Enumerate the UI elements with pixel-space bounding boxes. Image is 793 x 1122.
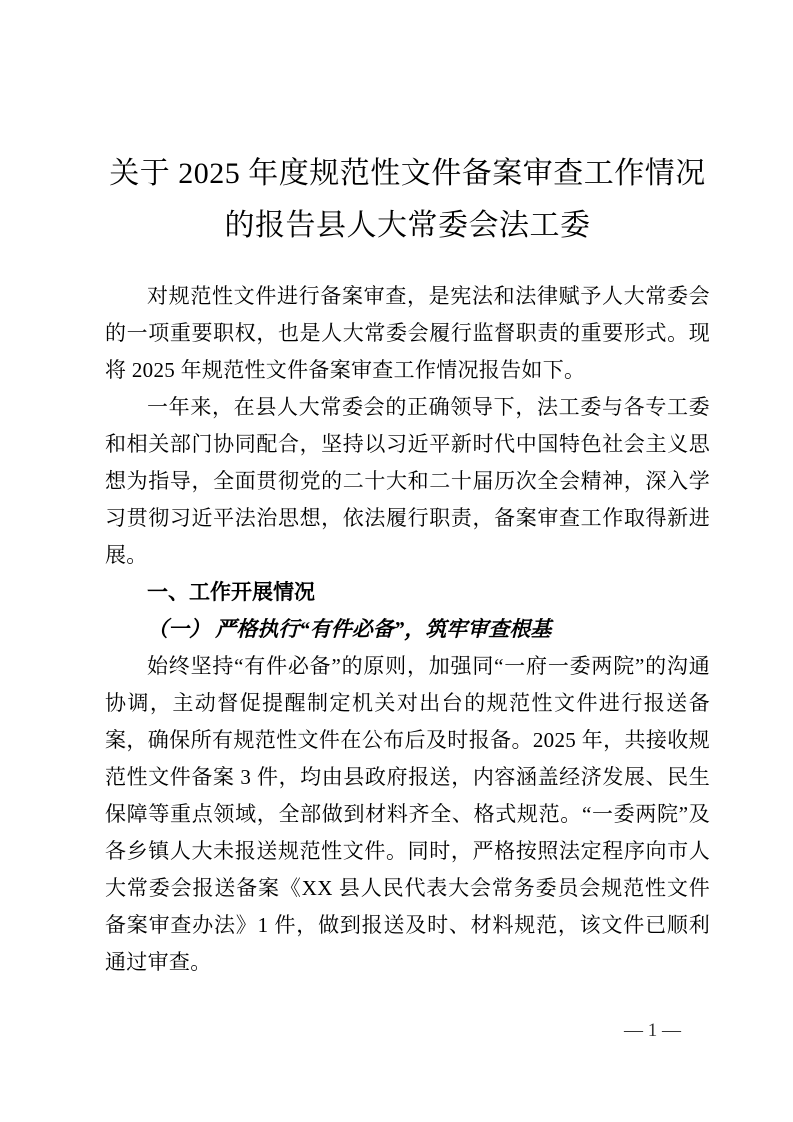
document-page: 关于 2025 年度规范性文件备案审查工作情况 的报告县人大常委会法工委 对规范… xyxy=(0,0,793,1122)
document-title: 关于 2025 年度规范性文件备案审查工作情况 的报告县人大常委会法工委 xyxy=(105,148,710,252)
document-title-line-1: 关于 2025 年度规范性文件备案审查工作情况 xyxy=(105,148,710,200)
section-heading-1: 一、工作开展情况 xyxy=(105,574,710,611)
paragraph-intro: 对规范性文件进行备案审查，是宪法和法律赋予人大常委会的一项重要职权，也是人大常委… xyxy=(105,278,710,389)
paragraph-overview: 一年来，在县人大常委会的正确领导下，法工委与各专工委和相关部门协同配合，坚持以习… xyxy=(105,389,710,574)
subsection-heading-1-1: （一） 严格执行“有件必备”，筑牢审查根基 xyxy=(105,611,710,648)
document-title-line-2: 的报告县人大常委会法工委 xyxy=(105,200,710,252)
page-number: — 1 — xyxy=(624,1020,681,1041)
paragraph-section-1-1: 始终坚持“有件必备”的原则，加强同“一府一委两院”的沟通协调，主动督促提醒制定机… xyxy=(105,648,710,981)
page-footer: — 1 — xyxy=(624,1016,681,1046)
